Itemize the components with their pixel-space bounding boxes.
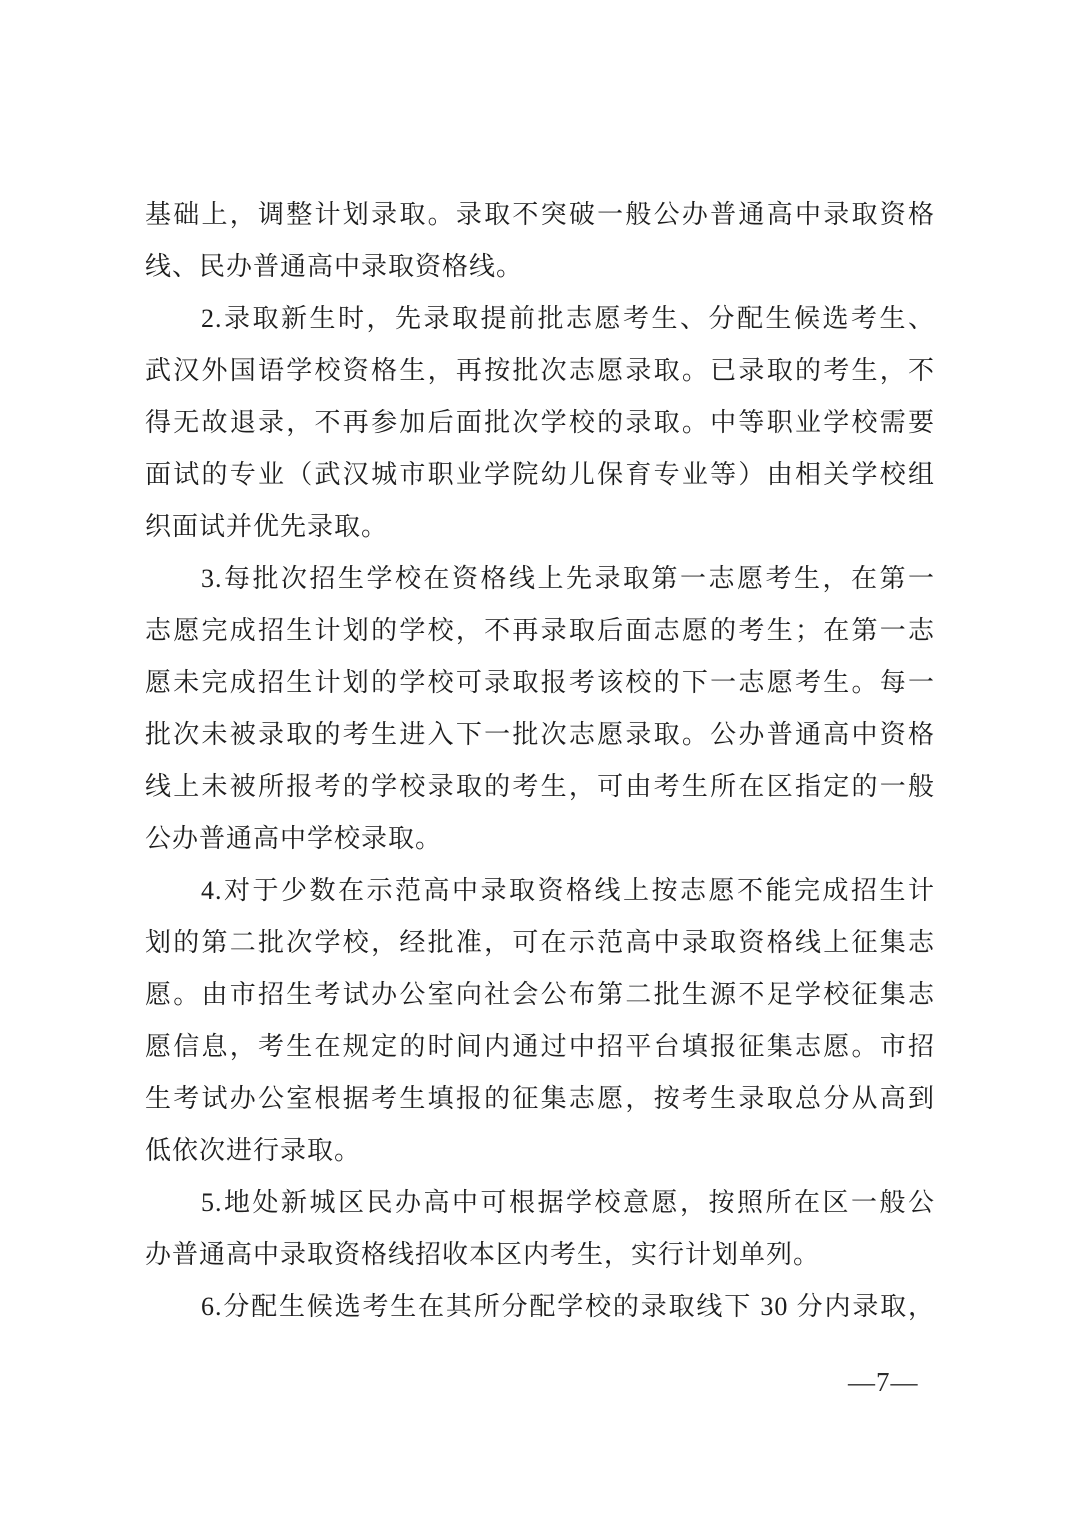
text-line-p2-4: 面试的专业（武汉城市职业学院幼儿保育专业等）由相关学校组: [145, 449, 935, 501]
text-line-p5-1: 5.地处新城区民办高中可根据学校意愿，按照所在区一般公: [145, 1177, 935, 1229]
text-line-p3-1: 3.每批次招生学校在资格线上先录取第一志愿考生，在第一: [145, 553, 935, 605]
text-line-p2-1: 2.录取新生时，先录取提前批志愿考生、分配生候选考生、: [145, 293, 935, 345]
text-line-p4-5: 生考试办公室根据考生填报的征集志愿，按考生录取总分从高到: [145, 1073, 935, 1125]
text-line-p4-4: 愿信息，考生在规定的时间内通过中招平台填报征集志愿。市招: [145, 1021, 935, 1073]
text-line-p3-3: 愿未完成招生计划的学校可录取报考该校的下一志愿考生。每一: [145, 657, 935, 709]
text-line-p2-3: 得无故退录，不再参加后面批次学校的录取。中等职业学校需要: [145, 397, 935, 449]
text-line-p1-2: 线、民办普通高中录取资格线。: [145, 241, 935, 293]
document-page: 基础上，调整计划录取。录取不突破一般公办普通高中录取资格线、民办普通高中录取资格…: [0, 0, 1080, 1527]
page-number: —7—: [848, 1362, 919, 1402]
text-line-p2-5: 织面试并优先录取。: [145, 501, 935, 553]
text-line-p3-4: 批次未被录取的考生进入下一批次志愿录取。公办普通高中资格: [145, 709, 935, 761]
text-line-p2-2: 武汉外国语学校资格生，再按批次志愿录取。已录取的考生，不: [145, 345, 935, 397]
text-line-p6-1: 6.分配生候选考生在其所分配学校的录取线下 30 分内录取，: [145, 1281, 935, 1333]
text-line-p4-3: 愿。由市招生考试办公室向社会公布第二批生源不足学校征集志: [145, 969, 935, 1021]
text-line-p3-2: 志愿完成招生计划的学校，不再录取后面志愿的考生；在第一志: [145, 605, 935, 657]
text-line-p4-2: 划的第二批次学校，经批准，可在示范高中录取资格线上征集志: [145, 917, 935, 969]
text-line-p1-1: 基础上，调整计划录取。录取不突破一般公办普通高中录取资格: [145, 189, 935, 241]
text-line-p3-6: 公办普通高中学校录取。: [145, 813, 935, 865]
text-line-p3-5: 线上未被所报考的学校录取的考生，可由考生所在区指定的一般: [145, 761, 935, 813]
document-body: 基础上，调整计划录取。录取不突破一般公办普通高中录取资格线、民办普通高中录取资格…: [145, 189, 935, 1333]
text-line-p4-1: 4.对于少数在示范高中录取资格线上按志愿不能完成招生计: [145, 865, 935, 917]
text-line-p5-2: 办普通高中录取资格线招收本区内考生，实行计划单列。: [145, 1229, 935, 1281]
text-line-p4-6: 低依次进行录取。: [145, 1125, 935, 1177]
